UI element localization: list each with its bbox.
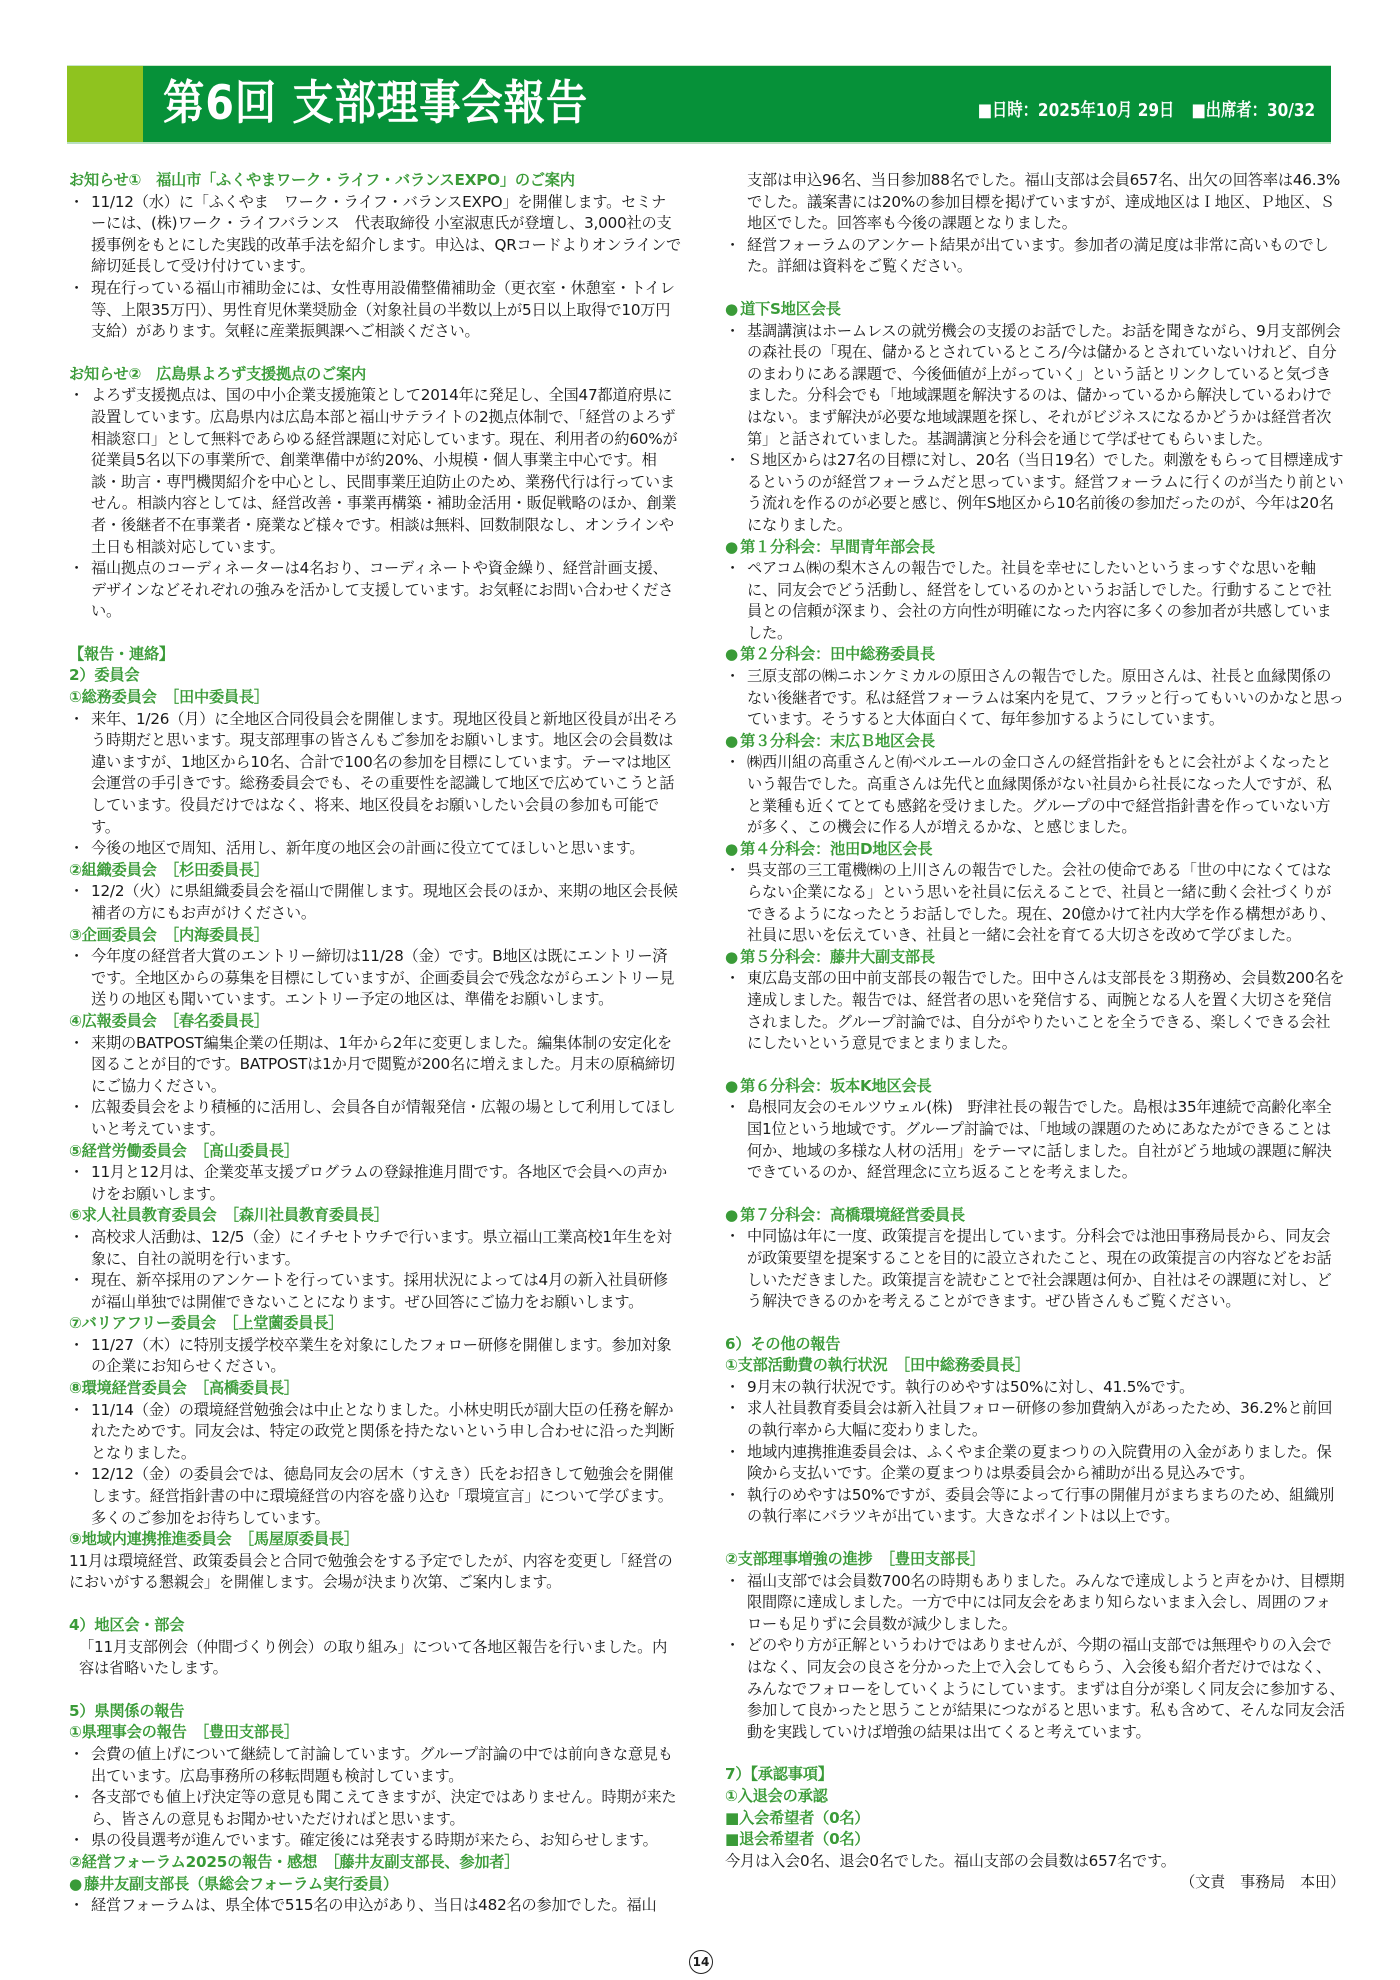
list-item: 求人社員教育委員会は新入社員フォロー研修の参加費納入があったため、36.2%と前…	[725, 1398, 1345, 1441]
list-item: 地域内連携推進委員会は、ふくやま企業の夏まつりの入院費用の入金がありました。保険…	[725, 1442, 1345, 1485]
speaker-heading: 第５分科会：藤井大副支部長	[725, 947, 1345, 969]
list-item: 県の役員選考が進んでいます。確定後には発表する時期が来たら、お知らせします。	[69, 1830, 681, 1852]
report-heading: 【報告・連絡】	[69, 644, 681, 666]
speaker-heading: 第４分科会：池田D地区会長	[725, 839, 1345, 861]
speaker-heading: 道下S地区会長	[725, 299, 1345, 321]
list-item: 福山拠点のコーディネーターは4名おり、コーディネートや資金繰り、経営計画支援、デ…	[69, 558, 681, 623]
speaker-list: 三原支部の㈱ニホンケミカルの原田さんの報告でした。原田さんは、社長と血縁関係のな…	[725, 666, 1345, 731]
speaker-list: ㈱西川組の高重さんと㈲ベルエールの金口さんの経営指針をもとに会社がよくなったとい…	[725, 752, 1345, 838]
notice1-heading: お知らせ① 福山市「ふくやまワーク・ライフ・バランスEXPO」のご案内	[69, 170, 681, 192]
committee-list: 来期のBATPOST編集企業の任期は、1年から2年に変更しました。編集体制の安定…	[69, 1033, 681, 1141]
committee-heading: ⑨地域内連携推進委員会 ［馬屋原委員長］	[69, 1529, 681, 1551]
committee-list: 11月と12月は、企業変革支援プログラムの登録推進月間です。各地区で会員への声か…	[69, 1162, 681, 1205]
signature: （文責 事務局 本田）	[725, 1872, 1345, 1894]
list-item: 現在、新卒採用のアンケートを行っています。採用状況によっては4月の新入社員研修が…	[69, 1270, 681, 1313]
list-item: 9月末の執行状況です。執行のめやすは50%に対し、41.5%です。	[725, 1377, 1345, 1399]
list-item: 今後の地区で周知、活用し、新年度の地区会の計画に役立ててほしいと思います。	[69, 838, 681, 860]
right-column: 支部は申込96名、当日参加88名でした。福山支部は会員657名、出欠の回答率は4…	[725, 170, 1345, 1894]
list-item: 11/27（木）に特別支援学校卒業生を対象にしたフォロー研修を開催します。参加対…	[69, 1335, 681, 1378]
forum-subheading: ②経営フォーラム2025の報告・感想 ［藤井友副支部長、参加者］	[69, 1852, 681, 1874]
notice2-heading: お知らせ② 広島県よろず支援拠点のご案内	[69, 364, 681, 386]
prefecture-list: 会費の値上げについて継続して討論しています。グループ討論の中では前向きな意見も出…	[69, 1744, 681, 1852]
committee-section-heading: 2）委員会	[69, 665, 681, 687]
header-accent-block	[67, 66, 143, 142]
committee-list: 12/2（火）に県組織委員会を福山で開催します。現地区会長のほか、来期の地区会長…	[69, 881, 681, 924]
notice2-list: よろず支援拠点は、国の中小企業支援施策として2014年に発足し、全国47都道府県…	[69, 385, 681, 623]
page-number: 14	[689, 1950, 713, 1974]
list-item: 福山支部では会員数700名の時期もありました。みんなで達成しようと声をかけ、目標…	[725, 1571, 1345, 1636]
notice1-list: 11/12（水）に「ふくやま ワーク・ライフ・バランスEXPO」を開催します。セ…	[69, 192, 681, 343]
page-title: 第6回 支部理事会報告	[163, 69, 588, 139]
page-header: 第6回 支部理事会報告 ■日時：2025年10月 29日 ■出席者：30/32	[67, 65, 1331, 144]
list-item: 高校求人活動は、12/5（金）にイチセトウチで行います。県立福山工業高校1年生を…	[69, 1227, 681, 1270]
list-item: 12/12（金）の委員会では、徳島同友会の居木（すえき）氏をお招きして勉強会を開…	[69, 1464, 681, 1529]
list-item: 各支部でも値上げ決定等の意見も聞こえてきますが、決定ではありません。時期が来たら…	[69, 1787, 681, 1830]
committee-heading: ⑥求人社員教育委員会 ［森川社員教育委員長］	[69, 1205, 681, 1227]
committee-list: 来年、1/26（月）に全地区合同役員会を開催します。現地区役員と新地区役員が出そ…	[69, 709, 681, 860]
speaker-list: 呉支部の三工電機㈱の上川さんの報告でした。会社の使命である「世の中になくてはなら…	[725, 860, 1345, 946]
list-item: 来年、1/26（月）に全地区合同役員会を開催します。現地区役員と新地区役員が出そ…	[69, 709, 681, 839]
list-item: ㈱西川組の高重さんと㈲ベルエールの金口さんの経営指針をもとに会社がよくなったとい…	[725, 752, 1345, 838]
speaker-heading: 第６分科会：坂本K地区会長	[725, 1076, 1345, 1098]
meeting-date: ■日時：2025年10月 29日	[977, 96, 1174, 122]
list-item: Ｓ地区からは27名の目標に対し、20名（当日19名）でした。刺激をもらって目標達…	[725, 450, 1345, 536]
list-item: 広報委員会をより積極的に活用し、会員各自が情報発信・広報の場として利用してほしい…	[69, 1097, 681, 1140]
prefecture-heading: 5）県関係の報告	[69, 1701, 681, 1723]
committee-heading: ⑤経営労働委員会 ［髙山委員長］	[69, 1141, 681, 1163]
list-item: 執行のめやすは50%ですが、委員会等によって行事の開催月がまちまちのため、組織別…	[725, 1485, 1345, 1528]
other-subheading: ②支部理事増強の進捗 ［豊田支部長］	[725, 1549, 1345, 1571]
list-item: 島根同友会のモルツウェル(株) 野津社長の報告でした。島根は35年連続で高齢化率…	[725, 1097, 1345, 1183]
committee-heading: ⑦バリアフリー委員会 ［上堂薗委員長］	[69, 1313, 681, 1335]
budget-list: 9月末の執行状況です。執行のめやすは50%に対し、41.5%です。 求人社員教育…	[725, 1377, 1345, 1528]
speaker-heading: 第２分科会：田中総務委員長	[725, 644, 1345, 666]
speaker-heading: 第３分科会：末広Ｂ地区会長	[725, 731, 1345, 753]
prefecture-subheading: ①県理事会の報告 ［豊田支部長］	[69, 1722, 681, 1744]
speaker-heading: 藤井友副支部長（県総会フォーラム実行委員）	[69, 1874, 681, 1896]
district-text: 「11月支部例会（仲間づくり例会）の取り組み」について各地区報告を行いました。内…	[69, 1637, 681, 1680]
membership-summary: 今月は入会0名、退会0名でした。福山支部の会員数は657名です。	[725, 1851, 1345, 1873]
forum-list: 経営フォーラムは、県全体で515名の申込があり、当日は482名の参加でした。福山	[69, 1895, 681, 1917]
committee-heading: ④広報委員会 ［春名委員長］	[69, 1011, 681, 1033]
committee-heading: ⑧環境経営委員会 ［高橋委員長］	[69, 1378, 681, 1400]
other-subheading: ①支部活動費の執行状況 ［田中総務委員長］	[725, 1355, 1345, 1377]
speaker-list: ペアコム㈱の梨木さんの報告でした。社員を幸せにしたいというまっすぐな思いを軸に、…	[725, 558, 1345, 644]
forum-item-continued: 支部は申込96名、当日参加88名でした。福山支部は会員657名、出欠の回答率は4…	[725, 170, 1345, 235]
list-item: 基調講演はホームレスの就労機会の支援のお話でした。お話を聞きながら、9月支部例会…	[725, 321, 1345, 451]
district-heading: 4）地区会・部会	[69, 1615, 681, 1637]
speaker-list: 基調講演はホームレスの就労機会の支援のお話でした。お話を聞きながら、9月支部例会…	[725, 321, 1345, 537]
speaker-list: 中同協は年に一度、政策提言を提出しています。分科会では池田事務局長から、同友会が…	[725, 1226, 1345, 1312]
list-item: 経営フォーラムのアンケート結果が出ています。参加者の満足度は非常に高いものでした…	[725, 235, 1345, 278]
leave-applicants: ■退会希望者（0名）	[725, 1829, 1345, 1851]
other-heading: 6）その他の報告	[725, 1334, 1345, 1356]
header-meta: ■日時：2025年10月 29日 ■出席者：30/32	[977, 96, 1315, 122]
list-item: 経営フォーラムは、県全体で515名の申込があり、当日は482名の参加でした。福山	[69, 1895, 681, 1917]
list-item: 会費の値上げについて継続して討論しています。グループ討論の中では前向きな意見も出…	[69, 1744, 681, 1787]
committee-list: 今年度の経営者大賞のエントリー締切は11/28（金）です。B地区は既にエントリー…	[69, 946, 681, 1011]
list-item: 現在行っている福山市補助金には、女性専用設備整備補助金（更衣室・休憩室・トイレ等…	[69, 278, 681, 343]
list-item: ペアコム㈱の梨木さんの報告でした。社員を幸せにしたいというまっすぐな思いを軸に、…	[725, 558, 1345, 644]
list-item: 中同協は年に一度、政策提言を提出しています。分科会では池田事務局長から、同友会が…	[725, 1226, 1345, 1312]
speaker-list: 東広島支部の田中前支部長の報告でした。田中さんは支部長を３期務め、会員数200名…	[725, 968, 1345, 1054]
forum-list: 経営フォーラムのアンケート結果が出ています。参加者の満足度は非常に高いものでした…	[725, 235, 1345, 278]
list-item: 11/12（水）に「ふくやま ワーク・ライフ・バランスEXPO」を開催します。セ…	[69, 192, 681, 278]
committee-text: 11月は環境経営、政策委員会と合同で勉強会をする予定でしたが、内容を変更し「経営…	[69, 1551, 681, 1594]
list-item: 11月と12月は、企業変革支援プログラムの登録推進月間です。各地区で会員への声か…	[69, 1162, 681, 1205]
list-item: 来期のBATPOST編集企業の任期は、1年から2年に変更しました。編集体制の安定…	[69, 1033, 681, 1098]
list-item: どのやり方が正解というわけではありませんが、今期の福山支部では無理やりの入会では…	[725, 1635, 1345, 1743]
list-item: 三原支部の㈱ニホンケミカルの原田さんの報告でした。原田さんは、社長と血縁関係のな…	[725, 666, 1345, 731]
approval-subheading: ①入退会の承認	[725, 1786, 1345, 1808]
list-item: 11/14（金）の環境経営勉強会は中止となりました。小林史明氏が副大臣の任務を解…	[69, 1400, 681, 1465]
list-item: 今年度の経営者大賞のエントリー締切は11/28（金）です。B地区は既にエントリー…	[69, 946, 681, 1011]
list-item: 東広島支部の田中前支部長の報告でした。田中さんは支部長を３期務め、会員数200名…	[725, 968, 1345, 1054]
speaker-list: 島根同友会のモルツウェル(株) 野津社長の報告でした。島根は35年連続で高齢化率…	[725, 1097, 1345, 1183]
committee-list: 11/27（木）に特別支援学校卒業生を対象にしたフォロー研修を開催します。参加対…	[69, 1335, 681, 1378]
speaker-heading: 第７分科会：高橋環境経営委員長	[725, 1205, 1345, 1227]
list-item: 12/2（火）に県組織委員会を福山で開催します。現地区会長のほか、来期の地区会長…	[69, 881, 681, 924]
speaker-heading: 第１分科会：早間青年部会長	[725, 537, 1345, 559]
membership-list: 福山支部では会員数700名の時期もありました。みんなで達成しようと声をかけ、目標…	[725, 1571, 1345, 1744]
list-item: 呉支部の三工電機㈱の上川さんの報告でした。会社の使命である「世の中になくてはなら…	[725, 860, 1345, 946]
list-item: よろず支援拠点は、国の中小企業支援施策として2014年に発足し、全国47都道府県…	[69, 385, 681, 558]
committee-list: 11/14（金）の環境経営勉強会は中止となりました。小林史明氏が副大臣の任務を解…	[69, 1400, 681, 1530]
committee-heading: ②組織委員会 ［杉田委員長］	[69, 860, 681, 882]
attendance-count: ■出席者：30/32	[1191, 96, 1315, 122]
committee-heading: ①総務委員会 ［田中委員長］	[69, 687, 681, 709]
committee-heading: ③企画委員会 ［内海委員長］	[69, 925, 681, 947]
left-column: お知らせ① 福山市「ふくやまワーク・ライフ・バランスEXPO」のご案内 11/1…	[69, 170, 681, 1917]
committee-list: 高校求人活動は、12/5（金）にイチセトウチで行います。県立福山工業高校1年生を…	[69, 1227, 681, 1313]
join-applicants: ■入会希望者（0名）	[725, 1808, 1345, 1830]
approval-heading: 7）【承認事項】	[725, 1764, 1345, 1786]
